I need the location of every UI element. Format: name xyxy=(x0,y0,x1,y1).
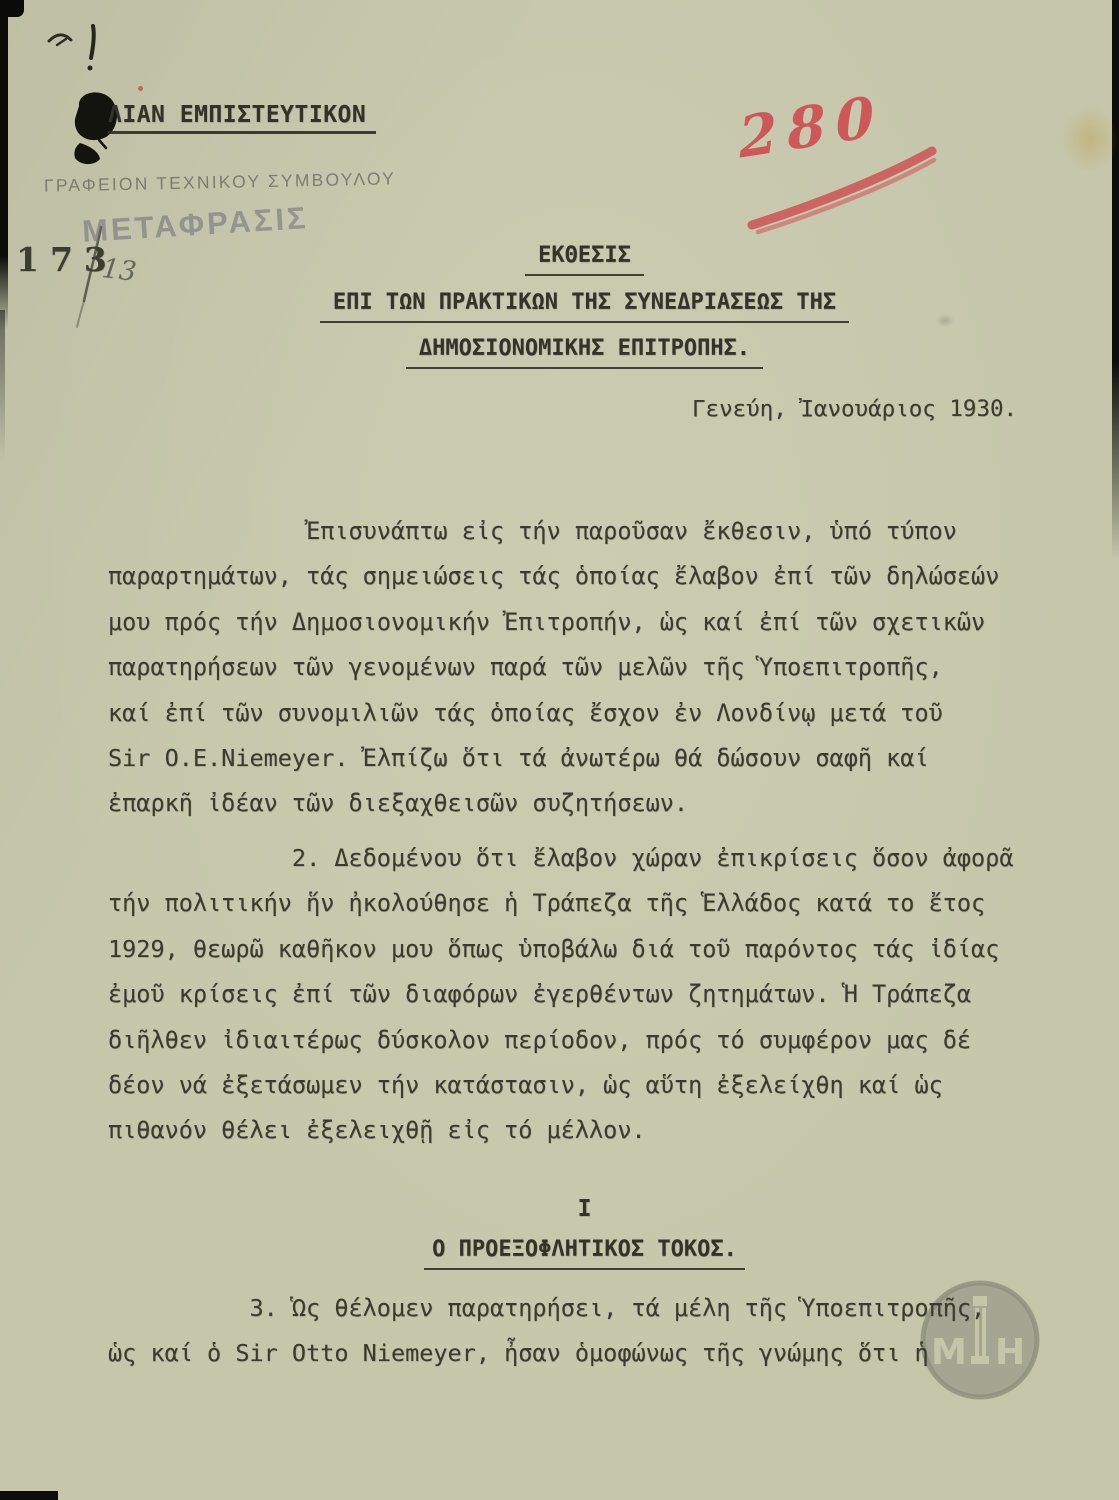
body-line: παραρτημάτων, τάς σημειώσεις τάς ὁποίας … xyxy=(108,554,1038,599)
body-line: καί ἐπί τῶν συνομιλιῶν τάς ὁποίας ἔσχον … xyxy=(108,691,1038,736)
classification-label: ΛΙΑΝ ΕΜΠΙΣΤΕΥΤΙΚΟΝ xyxy=(108,102,376,134)
paragraph-3: 3. Ὡς θέλομεν παρατηρήσει, τά μέλη τῆς Ὑ… xyxy=(108,1286,1038,1377)
red-page-number: 280 xyxy=(737,82,886,171)
section-heading-row: Ο ΠΡΟΕΞΟΦΛΗΤΙΚΟΣ ΤΟΚΟΣ. xyxy=(50,1237,1119,1270)
body-line: 1929, θεωρῶ καθῆκον μου ὅπως ὑποβάλω διά… xyxy=(108,927,1038,972)
scan-edge-left xyxy=(0,0,8,330)
paper-stain xyxy=(1062,106,1118,172)
body-line: Ἐπισυνάπτω εἰς τήν παροῦσαν ἔκθεσιν, ὑπό… xyxy=(108,509,1038,554)
paragraph-2: 2. Δεδομένου ὅτι ἔλαβον χώραν ἐπικρίσεις… xyxy=(108,836,1038,1154)
body-line: Sir O.E.Niemeyer. Ἐλπίζω ὅτι τά ἀνωτέρω … xyxy=(108,736,1038,781)
body-line: παρατηρήσεων τῶν γενομένων παρά τῶν μελῶ… xyxy=(108,645,1038,690)
report-title-text: ΔΗΜΟΣΙΟΝΟΜΙΚΗΣ ΕΠΙΤΡΟΠΗΣ. xyxy=(406,336,763,369)
body-line: ἐμοῦ κρίσεις ἐπί τῶν διαφόρων ἐγερθέντων… xyxy=(108,972,1038,1017)
scan-edge-bottom-left xyxy=(0,1491,58,1500)
scan-edge-left-fade xyxy=(0,310,5,460)
body-line: δέον νά ἐξετάσωμεν τήν κατάστασιν, ὡς αὕ… xyxy=(108,1063,1038,1108)
scanned-document-page: ΛΙΑΝ ΕΜΠΙΣΤΕΥΤΙΚΟΝ ΓΡΑΦΕΙΟΝ ΤΕΧΝΙΚΟΥ ΣΥΜ… xyxy=(0,0,1119,1500)
scan-edge-top-left-corner xyxy=(0,0,24,17)
report-title-line-1: ΕΚΘΕΣΙΣ xyxy=(50,243,1119,276)
report-title-line-2: ΕΠΙ ΤΩΝ ΠΡΑΚΤΙΚΩΝ ΤΗΣ ΣΥΝΕΔΡΙΑΣΕΩΣ ΤΗΣ xyxy=(50,290,1119,323)
office-stamp: ΓΡΑΦΕΙΟΝ ΤΕΧΝΙΚΟΥ ΣΥΜΒΟΥΛΟΥ xyxy=(44,168,396,196)
body-line: 2. Δεδομένου ὅτι ἔλαβον χώραν ἐπικρίσεις… xyxy=(108,836,1038,881)
red-ink-speck xyxy=(138,86,143,91)
scan-edge-right xyxy=(1112,0,1119,560)
dateline: Γενεύη, Ἰανουάριος 1930. xyxy=(692,396,1017,422)
body-line: ἐπαρκῆ ἰδέαν τῶν διεξαχθεισῶν συζητήσεων… xyxy=(108,781,1038,826)
report-title-text: ΕΚΘΕΣΙΣ xyxy=(525,243,644,276)
section-heading: Ο ΠΡΟΕΞΟΦΛΗΤΙΚΟΣ ΤΟΚΟΣ. xyxy=(424,1237,745,1270)
pen-check-mark xyxy=(49,35,71,45)
paragraph-1: Ἐπισυνάπτω εἰς τήν παροῦσαν ἔκθεσιν, ὑπό… xyxy=(108,509,1038,827)
report-title-line-3: ΔΗΜΟΣΙΟΝΟΜΙΚΗΣ ΕΠΙΤΡΟΠΗΣ. xyxy=(50,336,1119,369)
body-line: τήν πολιτικήν ἥν ἠκολούθησε ἡ Τράπεζα τῆ… xyxy=(108,881,1038,926)
body-line: 3. Ὡς θέλομεν παρατηρήσει, τά μέλη τῆς Ὑ… xyxy=(108,1286,1038,1331)
body-line: διῆλθεν ἰδιαιτέρως δύσκολον περίοδον, πρ… xyxy=(108,1018,1038,1063)
pen-exclamation-mark xyxy=(88,26,94,71)
section-numeral: I xyxy=(50,1196,1119,1222)
body-line: μου πρός τήν Δημοσιονομικήν Ἐπιτροπήν, ὡ… xyxy=(108,600,1038,645)
body-line: πιθανόν θέλει ἐξελειχθῇ εἰς τό μέλλον. xyxy=(108,1108,1038,1153)
body-line: ὡς καί ὁ Sir Otto Niemeyer, ἦσαν ὁμοφώνω… xyxy=(108,1331,1038,1376)
report-title-text: ΕΠΙ ΤΩΝ ΠΡΑΚΤΙΚΩΝ ΤΗΣ ΣΥΝΕΔΡΙΑΣΕΩΣ ΤΗΣ xyxy=(320,290,849,323)
